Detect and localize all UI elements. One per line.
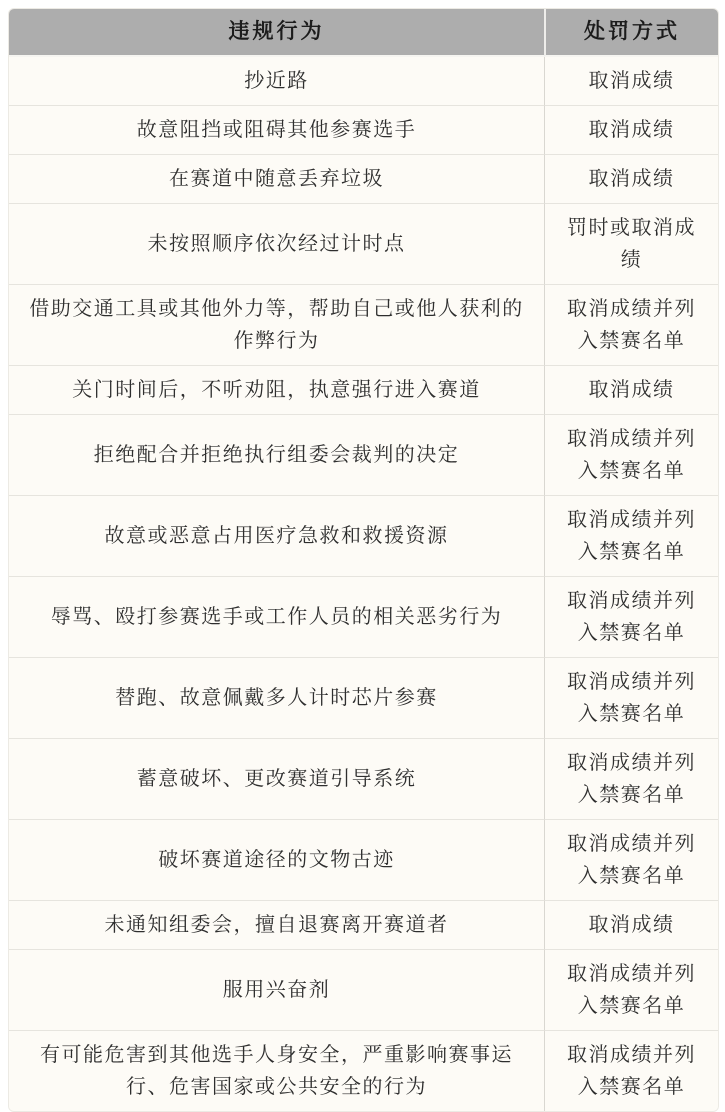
- punishment-cell: 取消成绩并列 入禁赛名单: [544, 738, 718, 819]
- punishment-cell: 取消成绩: [544, 365, 718, 414]
- violation-cell: 在赛道中随意丢弃垃圾: [9, 154, 544, 203]
- punishment-cell: 取消成绩: [544, 900, 718, 949]
- violation-cell: 借助交通工具或其他外力等，帮助自己或他人获利的 作弊行为: [9, 284, 544, 365]
- violation-cell: 故意阻挡或阻碍其他参赛选手: [9, 105, 544, 154]
- violations-penalty-table: 违规行为 处罚方式 抄近路 取消成绩 故意阻挡或阻碍其他参赛选手 取消成绩 在赛…: [8, 8, 719, 1112]
- table-row: 蓄意破坏、更改赛道引导系统 取消成绩并列 入禁赛名单: [9, 738, 718, 819]
- punishment-column-header: 处罚方式: [544, 9, 718, 57]
- table-row: 故意阻挡或阻碍其他参赛选手 取消成绩: [9, 105, 718, 154]
- violation-cell: 抄近路: [9, 57, 544, 105]
- violation-cell: 未通知组委会，擅自退赛离开赛道者: [9, 900, 544, 949]
- violation-cell: 替跑、故意佩戴多人计时芯片参赛: [9, 657, 544, 738]
- punishment-cell: 罚时或取消成 绩: [544, 203, 718, 284]
- punishment-cell: 取消成绩并列 入禁赛名单: [544, 414, 718, 495]
- violation-cell: 服用兴奋剂: [9, 949, 544, 1030]
- table-row: 破坏赛道途径的文物古迹 取消成绩并列 入禁赛名单: [9, 819, 718, 900]
- page: 违规行为 处罚方式 抄近路 取消成绩 故意阻挡或阻碍其他参赛选手 取消成绩 在赛…: [0, 0, 725, 1099]
- violation-cell: 破坏赛道途径的文物古迹: [9, 819, 544, 900]
- punishment-cell: 取消成绩并列 入禁赛名单: [544, 576, 718, 657]
- table-row: 关门时间后，不听劝阻，执意强行进入赛道 取消成绩: [9, 365, 718, 414]
- violation-cell: 拒绝配合并拒绝执行组委会裁判的决定: [9, 414, 544, 495]
- violation-cell: 未按照顺序依次经过计时点: [9, 203, 544, 284]
- punishment-cell: 取消成绩并列 入禁赛名单: [544, 819, 718, 900]
- violation-column-header: 违规行为: [9, 9, 544, 57]
- punishment-cell: 取消成绩: [544, 154, 718, 203]
- table-row: 在赛道中随意丢弃垃圾 取消成绩: [9, 154, 718, 203]
- table-row: 服用兴奋剂 取消成绩并列 入禁赛名单: [9, 949, 718, 1030]
- violation-cell: 辱骂、殴打参赛选手或工作人员的相关恶劣行为: [9, 576, 544, 657]
- table-row: 替跑、故意佩戴多人计时芯片参赛 取消成绩并列 入禁赛名单: [9, 657, 718, 738]
- table-row: 故意或恶意占用医疗急救和救援资源 取消成绩并列 入禁赛名单: [9, 495, 718, 576]
- violation-cell: 关门时间后，不听劝阻，执意强行进入赛道: [9, 365, 544, 414]
- table-row: 未通知组委会，擅自退赛离开赛道者 取消成绩: [9, 900, 718, 949]
- punishment-cell: 取消成绩并列 入禁赛名单: [544, 284, 718, 365]
- table-row: 拒绝配合并拒绝执行组委会裁判的决定 取消成绩并列 入禁赛名单: [9, 414, 718, 495]
- table-row: 未按照顺序依次经过计时点 罚时或取消成 绩: [9, 203, 718, 284]
- table-row: 抄近路 取消成绩: [9, 57, 718, 105]
- punishment-cell: 取消成绩并列 入禁赛名单: [544, 657, 718, 738]
- table-row: 借助交通工具或其他外力等，帮助自己或他人获利的 作弊行为 取消成绩并列 入禁赛名…: [9, 284, 718, 365]
- punishment-cell: 取消成绩: [544, 105, 718, 154]
- punishment-cell: 取消成绩并列 入禁赛名单: [544, 495, 718, 576]
- table-row: 辱骂、殴打参赛选手或工作人员的相关恶劣行为 取消成绩并列 入禁赛名单: [9, 576, 718, 657]
- violation-cell: 故意或恶意占用医疗急救和救援资源: [9, 495, 544, 576]
- table-header-row: 违规行为 处罚方式: [9, 9, 718, 57]
- punishment-cell: 取消成绩并列 入禁赛名单: [544, 949, 718, 1030]
- violation-cell: 蓄意破坏、更改赛道引导系统: [9, 738, 544, 819]
- punishment-cell: 取消成绩: [544, 57, 718, 105]
